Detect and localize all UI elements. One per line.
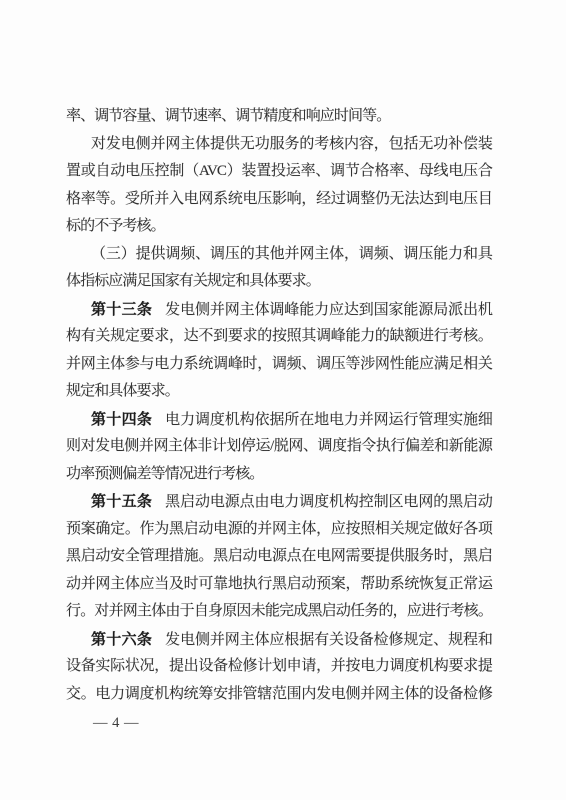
text-line: 第十三条发电侧并网主体调峰能力应达到国家能源局派出机 <box>66 296 492 324</box>
line-text: 发电侧并网主体应根据有关设备检修规定、规程和 <box>165 632 492 648</box>
text-line: 率、调节容量、调节速率、调节精度和响应时间等。 <box>66 103 492 131</box>
article-number: 第十四条 <box>91 411 152 428</box>
text-line: （三）提供调频、调压的其他并网主体，调频、调压能力和具 <box>66 241 492 269</box>
article-number: 第十三条 <box>91 301 152 318</box>
document-body: 率、调节容量、调节速率、调节精度和响应时间等。对发电侧并网主体提供无功服务的考核… <box>66 103 492 708</box>
article-number: 第十六条 <box>91 631 152 648</box>
text-line: 置或自动电压控制（AVC）装置投运率、调节合格率、母线电压合 <box>66 158 492 186</box>
text-line: 设备实际状况，提出设备检修计划申请，并按电力调度机构要求提 <box>66 653 492 681</box>
document-page: 率、调节容量、调节速率、调节精度和响应时间等。对发电侧并网主体提供无功服务的考核… <box>0 0 566 800</box>
page-number: — 4 — <box>93 710 139 737</box>
text-line: 构有关规定要求，达不到要求的按照其调峰能力的缺额进行考核。 <box>66 323 492 351</box>
text-line: 标的不予考核。 <box>66 213 492 241</box>
line-text: 发电侧并网主体调峰能力应达到国家能源局派出机 <box>165 302 492 318</box>
text-line: 第十四条电力调度机构依据所在地电力并网运行管理实施细 <box>66 406 492 434</box>
text-line: 第十六条发电侧并网主体应根据有关设备检修规定、规程和 <box>66 626 492 654</box>
text-line: 并网主体参与电力系统调峰时，调频、调压等涉网性能应满足相关 <box>66 351 492 379</box>
text-line: 对发电侧并网主体提供无功服务的考核内容，包括无功补偿装 <box>66 131 492 159</box>
text-line: 交。电力调度机构统筹安排管辖范围内发电侧并网主体的设备检修 <box>66 681 492 709</box>
text-line: 功率预测偏差等情况进行考核。 <box>66 461 492 489</box>
text-line: 第十五条黑启动电源点由电力调度机构控制区电网的黑启动 <box>66 488 492 516</box>
text-line: 规定和具体要求。 <box>66 378 492 406</box>
text-line: 则对发电侧并网主体非计划停运/脱网、调度指令执行偏差和新能源 <box>66 433 492 461</box>
text-line: 动并网主体应当及时可靠地执行黑启动预案，帮助系统恢复正常运 <box>66 571 492 599</box>
text-line: 黑启动安全管理措施。黑启动电源点在电网需要提供服务时，黑启 <box>66 543 492 571</box>
article-number: 第十五条 <box>91 493 152 510</box>
line-text: 电力调度机构依据所在地电力并网运行管理实施细 <box>165 412 492 428</box>
line-text: 黑启动电源点由电力调度机构控制区电网的黑启动 <box>165 494 492 510</box>
text-line: 行。对并网主体由于自身原因未能完成黑启动任务的，应进行考核。 <box>66 598 492 626</box>
text-line: 预案确定。作为黑启动电源的并网主体，应按照相关规定做好各项 <box>66 516 492 544</box>
text-line: 体指标应满足国家有关规定和具体要求。 <box>66 268 492 296</box>
text-line: 格率等。受所并入电网系统电压影响，经过调整仍无法达到电压目 <box>66 186 492 214</box>
